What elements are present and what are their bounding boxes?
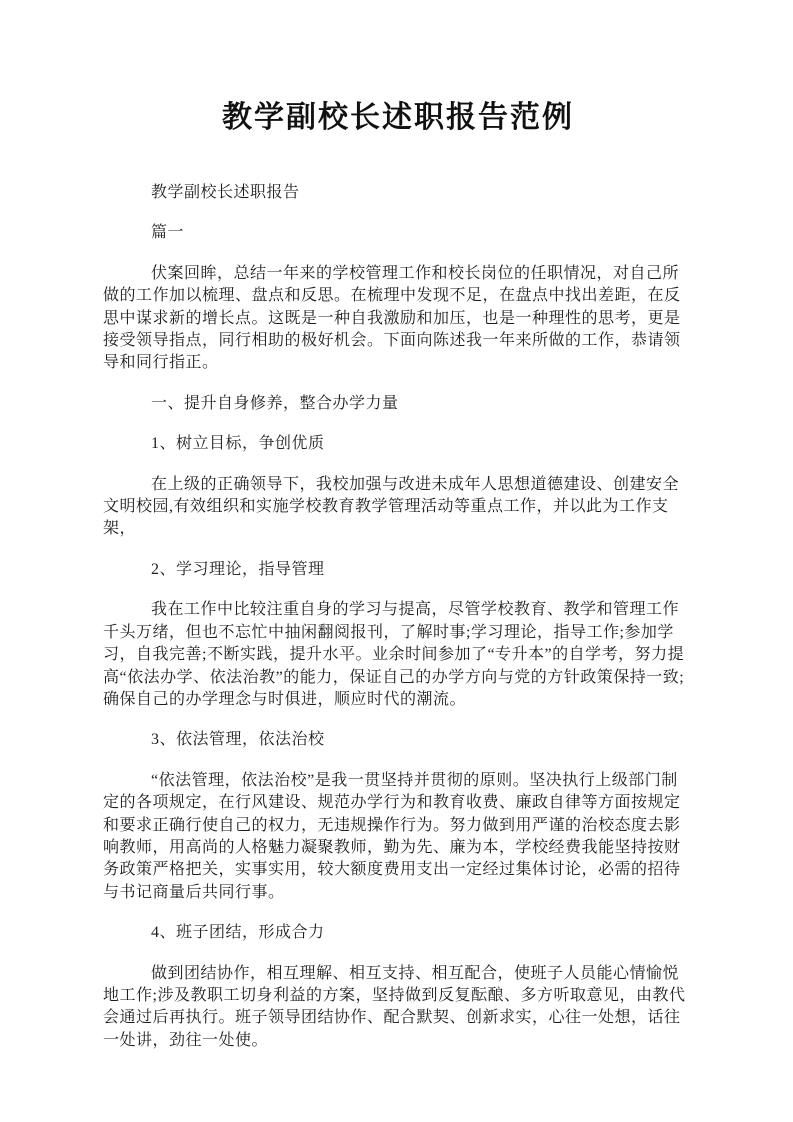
- subsection-heading-1-2: 2、学习理论，指导管理: [103, 559, 693, 581]
- subsection-paragraph-1-2: 我在工作中比较注重自身的学习与提高，尽管学校教育、教学和管理工作千头万绪，但也不…: [103, 599, 693, 711]
- document-subtitle: 教学副校长述职报告: [103, 182, 693, 204]
- intro-paragraph: 伏案回眸，总结一年来的学校管理工作和校长岗位的任职情况，对自己所做的工作加以梳理…: [103, 263, 693, 375]
- subsection-heading-1-1: 1、树立目标，争创优质: [103, 433, 693, 455]
- subsection-heading-1-3: 3、依法管理，依法治校: [103, 729, 693, 751]
- subsection-paragraph-1-3: “依法管理，依法治校”是我一贯坚持并贯彻的原则。坚决执行上级部门制定的各项规定，…: [103, 770, 693, 904]
- subsection-paragraph-1-4: 做到团结协作，相互理解、相互支持、相互配合，使班子人员能心情愉悦地工作;涉及教职…: [103, 963, 693, 1053]
- document-page: 教学副校长述职报告范例 教学副校长述职报告 篇一 伏案回眸，总结一年来的学校管理…: [103, 100, 693, 1052]
- subsection-heading-1-4: 4、班子团结，形成合力: [103, 922, 693, 944]
- part-label: 篇一: [103, 222, 693, 244]
- subsection-paragraph-1-1: 在上级的正确领导下，我校加强与改进未成年人思想道德建设、创建安全文明校园,有效组…: [103, 474, 693, 541]
- section-heading-1: 一、提升自身修养，整合办学力量: [103, 393, 693, 415]
- document-title: 教学副校长述职报告范例: [103, 100, 693, 136]
